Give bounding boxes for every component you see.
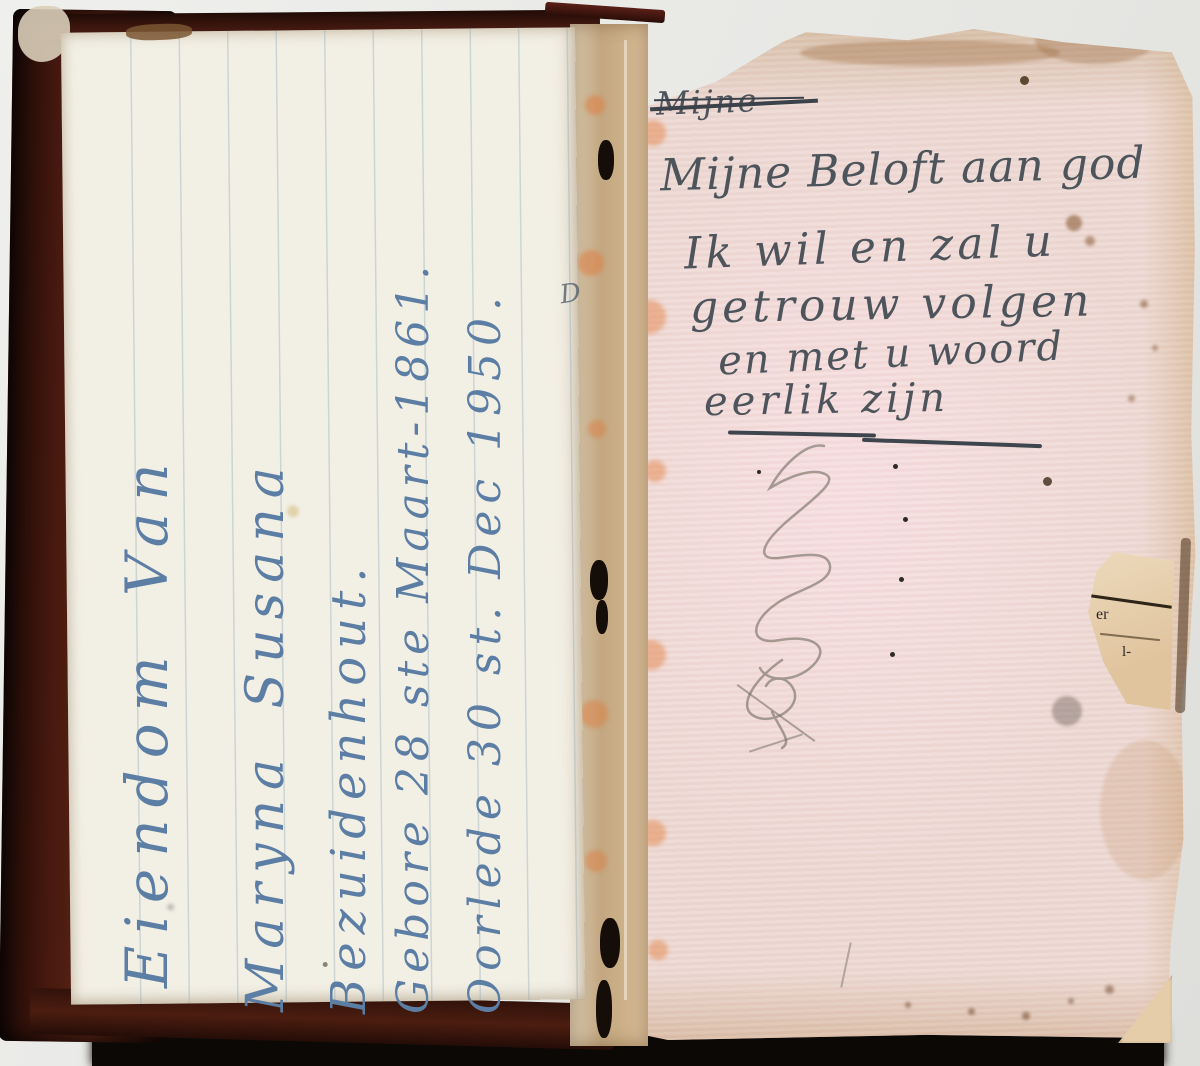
photo-stage: Eiendom Van Maryna Susana Bezuidenhout. … (0, 0, 1200, 1066)
gutter-crease-highlight (624, 40, 627, 1000)
stain (800, 40, 1060, 66)
promise-line-3: getrouw volgen (690, 279, 1094, 330)
inscription-owner-line-2: Maryna Susana (240, 457, 292, 1012)
printed-fragment-er: er (1096, 606, 1108, 624)
foxing-blob (585, 850, 607, 872)
smudge (1052, 696, 1082, 726)
stain (1066, 215, 1082, 231)
ink-dot (890, 652, 895, 657)
stain (1140, 300, 1148, 308)
stain (1100, 740, 1190, 880)
ink-dot (903, 517, 908, 522)
inscription-born-line: Gebore 28 ste Maart-1861. (392, 260, 436, 1014)
ink-spot (1043, 477, 1052, 486)
stitch-hole (598, 140, 614, 180)
stain (1022, 1012, 1030, 1020)
promise-line-1: Mijne Beloft aan god (660, 142, 1147, 199)
stitch-hole (600, 918, 620, 968)
stain (1128, 395, 1135, 402)
promise-line-5: eerlik zijn (704, 378, 950, 422)
ink-dot (899, 577, 904, 582)
foxing-blob (648, 940, 668, 960)
foxing-blob (585, 95, 605, 115)
stitch-hole (596, 980, 612, 1038)
ink-spot (1020, 76, 1029, 85)
ink-dot (893, 464, 898, 469)
stain (905, 1002, 911, 1008)
stain (1152, 345, 1158, 351)
inscription-died-line: Oorlede 30 st. Dec 1950. (464, 290, 508, 1014)
ink-dot (757, 470, 761, 474)
crack-line (1100, 633, 1160, 641)
foxing-blob (588, 420, 606, 438)
stain (968, 1008, 975, 1015)
printed-fragment-l: l- (1122, 644, 1131, 661)
stain (1105, 985, 1114, 994)
stitch-hole (596, 600, 608, 634)
inscription-owner-line-1: Eiendom Van (118, 451, 176, 988)
stitch-hole (590, 560, 608, 600)
foxing-blob (580, 700, 608, 728)
stain (1085, 236, 1095, 246)
inscription-owner-line-3: Bezuidenhout. (325, 559, 373, 1014)
stray-ink-mark: D (558, 280, 582, 309)
promise-line-2: Ik wil en zal u (683, 220, 1056, 277)
foxing-blob (578, 250, 604, 276)
signature-scrawl (686, 432, 916, 762)
stain (1068, 998, 1074, 1004)
